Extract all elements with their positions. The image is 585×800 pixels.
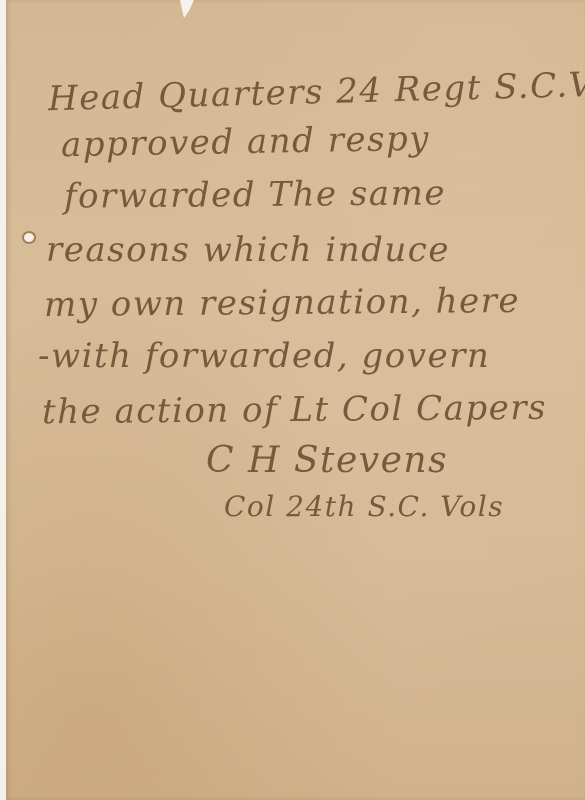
signature-name: C H Stevens (206, 440, 448, 481)
body-line-7: the action of Lt Col Capers (42, 388, 547, 432)
document-page: Head Quarters 24 Regt S.C.V. approved an… (6, 0, 585, 800)
body-line-6: -with forwarded, govern (38, 336, 490, 376)
body-line-1: Head Quarters 24 Regt S.C.V. (48, 65, 585, 119)
body-line-4: reasons which induce (46, 230, 450, 270)
signature-title: Col 24th S.C. Vols (224, 490, 504, 523)
body-line-2: approved and respy (61, 119, 431, 165)
paper-hole (24, 233, 34, 242)
body-line-5: my own resignation, here (44, 281, 520, 325)
paper-tear (176, 0, 196, 18)
body-line-3: forwarded The same (64, 173, 446, 216)
